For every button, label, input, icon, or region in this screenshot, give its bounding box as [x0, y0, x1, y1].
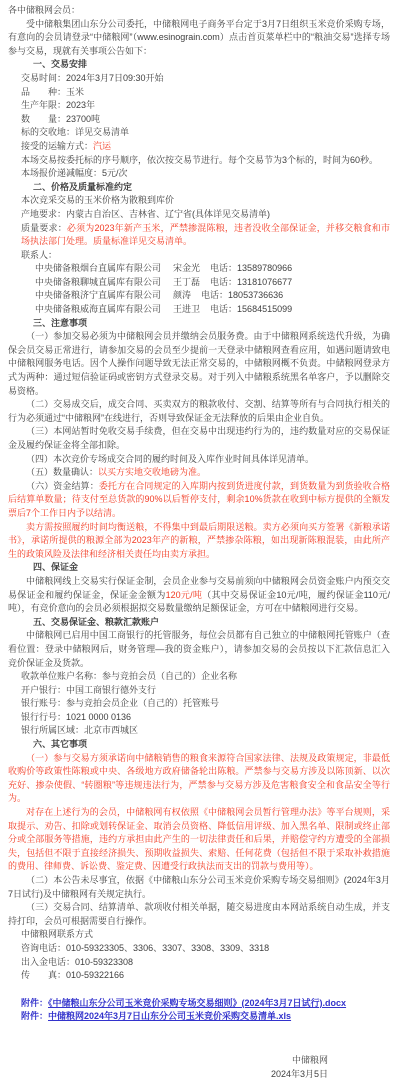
signature-block: 中储粮网 2024年3月5日	[8, 1054, 390, 1081]
contact-company: 中央储备粮济宁直属库有限公司	[35, 290, 161, 300]
note-3: （三）本网站暂时免收交易手续费，但在交易中出现违约行为的，违约数量对应的交易保证…	[8, 425, 390, 452]
attachment-row: 附件：《中储粮山东分公司玉米竞价采购专场交易细则》(2024年3月7日试行).d…	[21, 997, 390, 1011]
contact-person: 宋金光	[173, 263, 200, 273]
attachment-label: 附件：	[21, 1011, 48, 1021]
contact-row: 中央储备粮烟台直属库有限公司宋金光电话：13589780966	[35, 262, 390, 276]
bank-region: 银行所属区域：北京市西城区	[21, 724, 390, 738]
contact-label: 联系人：	[21, 249, 390, 263]
attachment-link-docx[interactable]: 《中储粮山东分公司玉米竞价采购专场交易细则》(2024年3月7日试行).docx	[48, 998, 346, 1008]
contact-phone-label: 电话：	[201, 290, 228, 300]
deposit-amount: 120元/吨	[166, 590, 203, 600]
deposit-paragraph: 中储粮网线上交易实行保证金制，会员企业参与交易前须向中储粮网会员资金账户内预交交…	[8, 575, 390, 616]
section1-heading: 一、交易安排	[33, 58, 390, 72]
contact-phone: 18053736636	[228, 290, 283, 300]
signature-org: 中储粮网	[8, 1054, 328, 1068]
transport-line: 接受的运输方式：汽运	[21, 140, 390, 154]
contact-phone-label: 电话：	[210, 263, 237, 273]
attachment-label: 附件：	[21, 998, 48, 1008]
delivery-place: 标的交收地：详见交易清单	[21, 126, 390, 140]
production-year: 生产年限：2023年	[21, 99, 390, 113]
price-decrement: 本场报价递减幅度：5元/次	[21, 167, 390, 181]
other-1b: 对存在上述行为的会员，中储粮网有权依照《中储粮网会员暂行管理办法》等平台规则，采…	[8, 806, 390, 874]
note-5: （五）数量确认：以买方实地交收地磅为准。	[8, 466, 390, 480]
salutation: 各中储粮网会员：	[8, 4, 390, 18]
other-1: （一）参与交易方须承诺向中储粮销售的粮食来源符合国家法律、法规及政策规定，非最低…	[8, 752, 390, 806]
fax: 传 真：010-59322166	[21, 969, 390, 983]
note5-label: （五）数量确认：	[26, 467, 98, 477]
contact-phone-label: 电话：	[210, 304, 237, 314]
attachment-row: 附件：中储粮网2024年3月7日山东分公司玉米竞价采购交易清单.xls	[21, 1010, 390, 1024]
transport-value: 汽运	[93, 141, 111, 151]
signature-date: 2024年3月5日	[8, 1068, 328, 1082]
note-6: （六）资金结算：委托方在合同规定的入库期内按到货进度付款，到货数量为到货验收合格…	[8, 480, 390, 521]
note-1: （一）参加交易必须为中储粮网会员并缴纳会员服务费。由于中储粮网系统迭代升级，为确…	[8, 330, 390, 398]
quality-label: 质量要求：	[21, 223, 67, 233]
trade-time: 交易时间：2024年3月7日09:30开始	[21, 72, 390, 86]
variety: 品 种：玉米	[21, 86, 390, 100]
seller-notice: 卖方需按照履约时间均衡送粮，不得集中到最后期限送粮。卖方必须向买方签署《新粮承诺…	[8, 521, 390, 562]
intro-paragraph: 受中储粮集团山东分公司委托，中储粮网电子商务平台定于3月7日组织玉米竞价采购专场…	[8, 18, 390, 59]
contact-phone-label: 电话：	[210, 277, 237, 287]
session-rule: 本场交易按委托标的序号顺序，依次按交易节进行。每个交易节为3个标的，时间为60秒…	[21, 154, 390, 168]
account-number: 银行账号：参与竞拍会员企业（自己的）托管账号	[21, 697, 390, 711]
bank-name: 开户银行：中国工商银行德外支行	[21, 684, 390, 698]
quality-value: 必须为2023年新产玉米，严禁掺混陈粮，违者没收全部保证金，并移交粮食和市场执法…	[21, 223, 390, 247]
contact-company: 中央储备粮威海直属库有限公司	[35, 304, 161, 314]
origin-requirement: 产地要求：内蒙古自治区、吉林省、辽宁省(具体详见交易清单)	[21, 208, 390, 222]
account-name: 收款单位账户名称：参与竞拍会员（自己的）企业名称	[21, 670, 390, 684]
section6-heading: 六、其它事项	[33, 738, 390, 752]
platform-contact-title: 中储粮网联系方式	[21, 928, 390, 942]
section5-heading: 五、交易保证金、粮款汇款账户	[33, 616, 390, 630]
contact-person: 颜涛	[173, 290, 191, 300]
quantity: 数 量：23700吨	[21, 113, 390, 127]
attachments: 附件：《中储粮山东分公司玉米竞价采购专场交易细则》(2024年3月7日试行).d…	[8, 997, 390, 1024]
contact-phone: 15684515099	[237, 304, 292, 314]
other-2: （二）本公告未尽事宜，依据《中储粮山东分公司玉米竞价采购专场交易细则》(2024…	[8, 874, 390, 901]
note-2: （二）交易成交后，成交合同、买卖双方的粮款收付、交割、结算等所有与合同执行相关的…	[8, 398, 390, 425]
quality-requirement: 质量要求：必须为2023年新产玉米，严禁掺混陈粮，违者没收全部保证金，并移交粮食…	[21, 222, 390, 249]
note6-label: （六）资金结算：	[26, 481, 99, 491]
contact-person: 王丁磊	[173, 277, 200, 287]
contact-person: 王进卫	[173, 304, 200, 314]
contact-phone: 13181076677	[237, 277, 292, 287]
note-4: （四）本次竞价专场成交合同的履约时间及入库作业时间具体详见清单。	[8, 453, 390, 467]
section3-heading: 三、注意事项	[33, 317, 390, 331]
note5-value: 以买方实地交收地磅为准。	[98, 467, 206, 477]
contact-row: 中央储备粮聊城直属库有限公司王丁磊电话：13181076677	[35, 276, 390, 290]
contact-company: 中央储备粮聊城直属库有限公司	[35, 277, 161, 287]
announcement-document: 各中储粮网会员： 受中储粮集团山东分公司委托，中储粮网电子商务平台定于3月7日组…	[0, 0, 400, 1087]
attachment-link-xls[interactable]: 中储粮网2024年3月7日山东分公司玉米竞价采购交易清单.xls	[48, 1011, 291, 1021]
account-intro: 中储粮网已启用中国工商银行的托管服务，每位会员都有自己独立的中储粮网托管账户（查…	[8, 629, 390, 670]
hotline: 咨询电话：010-59323305、3306、3307、3308、3309、33…	[21, 942, 390, 956]
transport-label: 接受的运输方式：	[21, 141, 93, 151]
contact-row: 中央储备粮威海直属库有限公司王进卫电话：15684515099	[35, 303, 390, 317]
section2-heading: 二、价格及质量标准约定	[33, 181, 390, 195]
price-basis: 本次竞采交易的玉米价格为散粮到库价	[21, 194, 390, 208]
fund-phone: 出入金电话：010-59323308	[21, 956, 390, 970]
section4-heading: 四、保证金	[33, 561, 390, 575]
other-3: （三）交易合同、结算清单、款项收付相关单据，随交易进度由本网站系统自动生成，并支…	[8, 901, 390, 928]
contact-phone: 13589780966	[237, 263, 292, 273]
contact-row: 中央储备粮济宁直属库有限公司颜涛电话：18053736636	[35, 289, 390, 303]
contact-company: 中央储备粮烟台直属库有限公司	[35, 263, 161, 273]
bank-number: 银行行号：1021 0000 0136	[21, 711, 390, 725]
